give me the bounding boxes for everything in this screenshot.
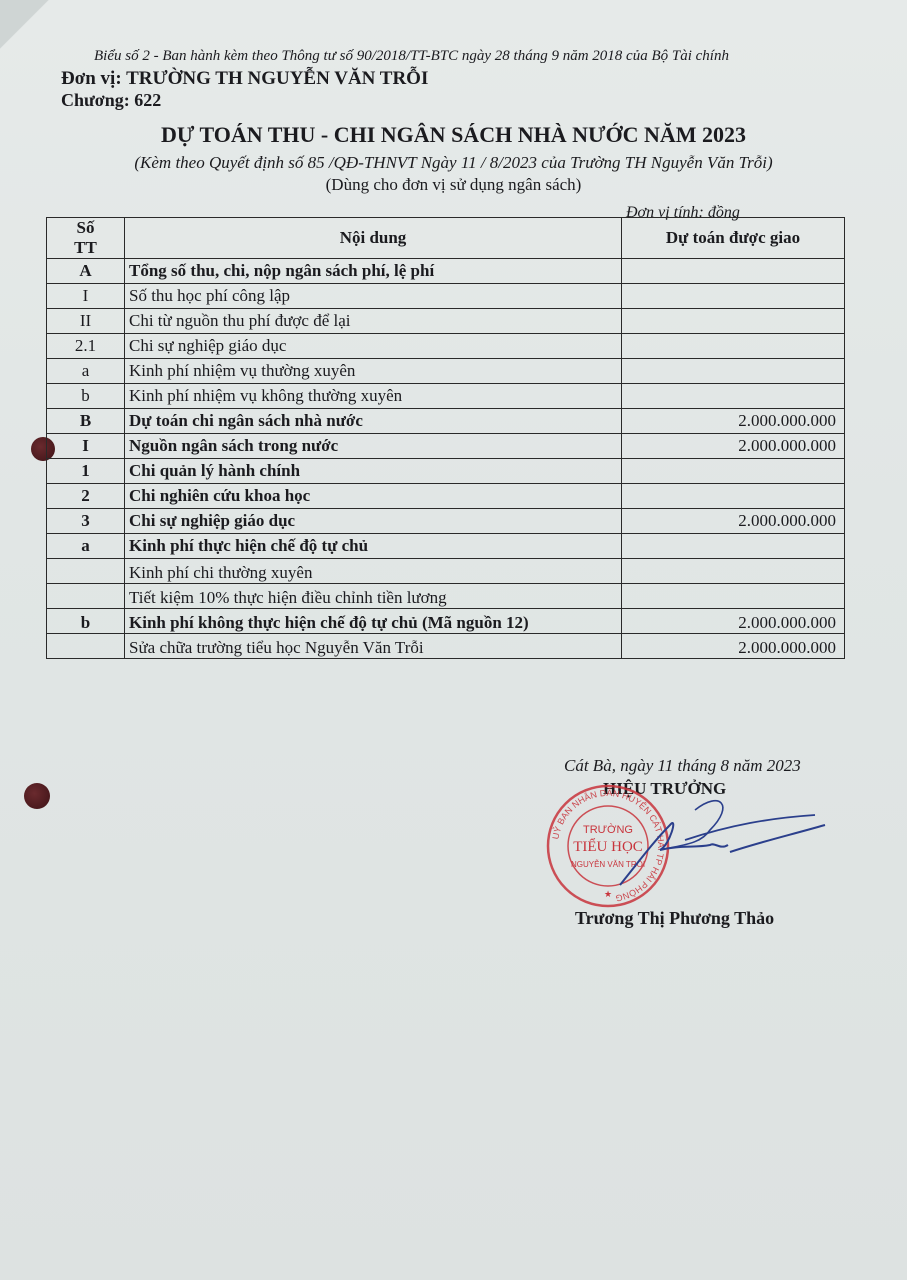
table-row: 3Chi sự nghiệp giáo dục2.000.000.000 — [47, 509, 845, 534]
folded-corner — [0, 0, 60, 60]
row-content: Kinh phí nhiệm vụ thường xuyên — [125, 359, 622, 384]
row-amount: 2.000.000.000 — [622, 634, 845, 659]
row-content: Kinh phí không thực hiện chế độ tự chủ (… — [125, 609, 622, 634]
table-row: IIChi từ nguồn thu phí được để lại — [47, 309, 845, 334]
header-stt-label: SốTT — [74, 218, 97, 257]
row-stt: b — [47, 609, 125, 634]
row-stt: 1 — [47, 459, 125, 484]
row-stt: 2 — [47, 484, 125, 509]
signer-name: Trương Thị Phương Thảo — [575, 908, 774, 929]
row-stt — [47, 634, 125, 659]
row-content: Chi từ nguồn thu phí được để lại — [125, 309, 622, 334]
row-stt: a — [47, 534, 125, 559]
row-stt: b — [47, 384, 125, 409]
row-amount — [622, 359, 845, 384]
row-amount — [622, 259, 845, 284]
row-amount: 2.000.000.000 — [622, 609, 845, 634]
budget-table: SốTT Nội dung Dự toán được giao ATổng số… — [46, 217, 845, 659]
row-amount — [622, 484, 845, 509]
header-content: Nội dung — [125, 218, 622, 259]
signature-icon — [600, 790, 830, 900]
row-content: Chi sự nghiệp giáo dục — [125, 334, 622, 359]
punch-hole-icon — [24, 783, 50, 809]
table-row: Kinh phí chi thường xuyên — [47, 559, 845, 584]
table-row: 2.1Chi sự nghiệp giáo dục — [47, 334, 845, 359]
row-amount — [622, 584, 845, 609]
chapter-code: Chương: 622 — [61, 90, 161, 111]
table-row: Sửa chữa trường tiểu học Nguyễn Văn Trỗi… — [47, 634, 845, 659]
row-stt: II — [47, 309, 125, 334]
table-row: bKinh phí không thực hiện chế độ tự chủ … — [47, 609, 845, 634]
row-amount: 2.000.000.000 — [622, 434, 845, 459]
row-content: Kinh phí chi thường xuyên — [125, 559, 622, 584]
table-row: aKinh phí nhiệm vụ thường xuyên — [47, 359, 845, 384]
row-stt — [47, 559, 125, 584]
table-row: 1Chi quản lý hành chính — [47, 459, 845, 484]
row-stt: I — [47, 284, 125, 309]
reference-line: Biểu số 2 - Ban hành kèm theo Thông tư s… — [94, 48, 729, 65]
row-content: Kinh phí thực hiện chế độ tự chủ — [125, 534, 622, 559]
row-stt — [47, 584, 125, 609]
row-stt: B — [47, 409, 125, 434]
table-row: BDự toán chi ngân sách nhà nước2.000.000… — [47, 409, 845, 434]
row-stt: A — [47, 259, 125, 284]
row-amount: 2.000.000.000 — [622, 509, 845, 534]
row-content: Dự toán chi ngân sách nhà nước — [125, 409, 622, 434]
row-content: Chi sự nghiệp giáo dục — [125, 509, 622, 534]
table-row: 2Chi nghiên cứu khoa học — [47, 484, 845, 509]
row-stt: 3 — [47, 509, 125, 534]
row-amount — [622, 559, 845, 584]
row-amount — [622, 384, 845, 409]
row-amount: 2.000.000.000 — [622, 409, 845, 434]
row-stt: 2.1 — [47, 334, 125, 359]
row-amount — [622, 334, 845, 359]
document-page: Biểu số 2 - Ban hành kèm theo Thông tư s… — [0, 0, 907, 1280]
table-row: bKinh phí nhiệm vụ không thường xuyên — [47, 384, 845, 409]
row-content: Chi nghiên cứu khoa học — [125, 484, 622, 509]
table-row: INguồn ngân sách trong nước2.000.000.000 — [47, 434, 845, 459]
document-subtitle: (Kèm theo Quyết định số 85 /QĐ-THNVT Ngà… — [0, 153, 907, 173]
row-amount — [622, 309, 845, 334]
document-title: DỰ TOÁN THU - CHI NGÂN SÁCH NHÀ NƯỚC NĂM… — [0, 122, 907, 148]
row-stt: I — [47, 434, 125, 459]
row-amount — [622, 534, 845, 559]
row-content: Sửa chữa trường tiểu học Nguyễn Văn Trỗi — [125, 634, 622, 659]
table-row: ATổng số thu, chi, nộp ngân sách phí, lệ… — [47, 259, 845, 284]
document-usage-note: (Dùng cho đơn vị sử dụng ngân sách) — [0, 175, 907, 195]
row-content: Tiết kiệm 10% thực hiện điều chỉnh tiền … — [125, 584, 622, 609]
row-content: Kinh phí nhiệm vụ không thường xuyên — [125, 384, 622, 409]
place-date: Cát Bà, ngày 11 tháng 8 năm 2023 — [564, 756, 801, 776]
header-stt: SốTT — [47, 218, 125, 259]
table-row: aKinh phí thực hiện chế độ tự chủ — [47, 534, 845, 559]
row-content: Tổng số thu, chi, nộp ngân sách phí, lệ … — [125, 259, 622, 284]
table-row: ISố thu học phí công lập — [47, 284, 845, 309]
row-content: Chi quản lý hành chính — [125, 459, 622, 484]
header-amount: Dự toán được giao — [622, 218, 845, 259]
row-amount — [622, 459, 845, 484]
row-amount — [622, 284, 845, 309]
row-content: Số thu học phí công lập — [125, 284, 622, 309]
row-stt: a — [47, 359, 125, 384]
table-header-row: SốTT Nội dung Dự toán được giao — [47, 218, 845, 259]
unit-name: Đơn vị: TRƯỜNG TH NGUYỄN VĂN TRỖI — [61, 68, 428, 90]
table-row: Tiết kiệm 10% thực hiện điều chỉnh tiền … — [47, 584, 845, 609]
row-content: Nguồn ngân sách trong nước — [125, 434, 622, 459]
